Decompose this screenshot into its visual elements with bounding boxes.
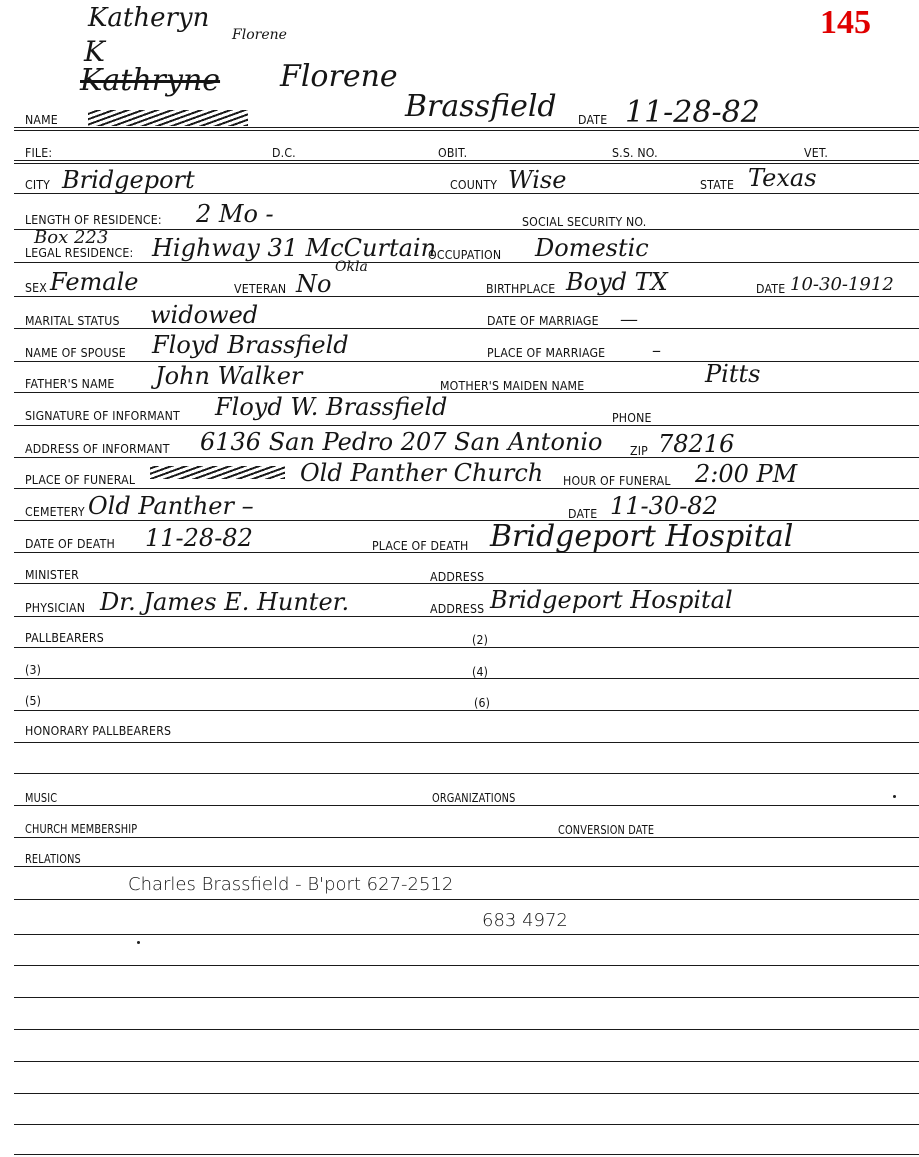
label-place-of-death: PLACE OF DEATH — [372, 538, 469, 553]
speck — [137, 941, 140, 944]
value-physician: Dr. James E. Hunter. — [100, 590, 349, 614]
rule-signature — [14, 425, 919, 426]
label-dc: D.C. — [272, 145, 296, 160]
middle-name: Florene — [280, 62, 398, 92]
label-date: DATE — [578, 112, 607, 127]
label-conversion-date: CONVERSION DATE — [558, 822, 654, 837]
value-place-of-marriage: – — [652, 342, 661, 360]
rule-legal-residence — [14, 262, 919, 263]
label-name: NAME — [25, 112, 58, 127]
label-date-of-death: DATE OF DEATH — [25, 536, 115, 551]
name-initials: K — [84, 38, 105, 66]
rule-minister — [14, 583, 919, 584]
value-physician-address: Bridgeport Hospital — [490, 588, 733, 612]
label-date-of-marriage: DATE OF MARRIAGE — [487, 313, 599, 328]
value-county: Wise — [508, 168, 566, 192]
value-relations-line-1: Charles Brassfield - B'port 627-2512 — [128, 876, 453, 894]
label-name-of-spouse: NAME OF SPOUSE — [25, 345, 126, 360]
rule-relations-2 — [14, 899, 919, 900]
label-pallbearer-6: (6) — [474, 695, 490, 710]
label-place-of-marriage: PLACE OF MARRIAGE — [487, 345, 605, 360]
label-birth-date: DATE — [756, 281, 785, 296]
label-zip: ZIP — [630, 443, 648, 458]
value-marital-status: widowed — [150, 303, 258, 327]
label-length-of-residence: LENGTH OF RESIDENCE: — [25, 212, 162, 227]
rule-music — [14, 805, 919, 806]
value-date: 11-28-82 — [625, 98, 760, 128]
label-occupation: OCCUPATION — [428, 247, 501, 262]
value-state: Texas — [748, 166, 817, 190]
value-date-of-death: 11-28-82 — [145, 526, 253, 550]
value-fathers-name: John Walker — [155, 364, 302, 388]
speck — [893, 795, 896, 798]
label-pallbearers: PALLBEARERS — [25, 630, 104, 645]
scribbled-out-funeral-text — [150, 466, 285, 479]
value-relations-line-2: 683 4972 — [482, 912, 568, 930]
value-name-of-spouse: Floyd Brassfield — [152, 333, 349, 357]
label-pallbearer-2: (2) — [472, 632, 488, 647]
rule-church-membership — [14, 837, 919, 838]
label-address-of-informant: ADDRESS OF INFORMANT — [25, 441, 170, 456]
label-sex: SEX — [25, 280, 47, 295]
rule-honorary-extra — [14, 773, 919, 774]
rule-pallbearers — [14, 647, 919, 648]
label-obit: OBIT. — [438, 145, 467, 160]
rule-date-of-death — [14, 552, 919, 553]
label-minister: MINISTER — [25, 567, 79, 582]
rule-blank-3 — [14, 1029, 919, 1030]
label-vet: VET. — [804, 145, 828, 160]
value-cemetery: Old Panther – — [88, 494, 254, 518]
rule-length-of-residence — [14, 229, 919, 230]
page-number: 145 — [820, 4, 871, 42]
struck-first-name: Kathryne — [80, 66, 220, 96]
rule-relations-3 — [14, 934, 919, 935]
value-date-of-marriage: — — [620, 311, 638, 329]
value-zip: 78216 — [658, 432, 734, 456]
rule-marital-status — [14, 328, 919, 329]
value-veteran: No — [296, 272, 331, 296]
last-name: Brassfield — [405, 92, 557, 122]
rule-sex — [14, 296, 919, 297]
label-fathers-name: FATHER'S NAME — [25, 376, 115, 391]
label-honorary-pallbearers: HONORARY PALLBEARERS — [25, 723, 171, 738]
value-place-of-funeral: Old Panther Church — [300, 461, 543, 485]
rule-blank-6 — [14, 1124, 919, 1125]
value-length-of-residence: 2 Mo - — [196, 202, 274, 226]
rule-address-of-informant — [14, 457, 919, 458]
value-legal-residence-note: Okla — [335, 260, 368, 274]
label-pallbearer-3: (3) — [25, 662, 41, 677]
label-city: CITY — [25, 177, 50, 192]
label-state: STATE — [700, 177, 734, 192]
label-music: MUSIC — [25, 790, 57, 805]
rule-pallbearers-3-4 — [14, 678, 919, 679]
label-veteran: VETERAN — [234, 281, 286, 296]
rule-place-of-funeral — [14, 488, 919, 489]
rule-honorary-pallbearers — [14, 742, 919, 743]
rule-blank-2 — [14, 997, 919, 998]
rule-blank-7 — [14, 1154, 919, 1155]
scribbled-out-text — [88, 110, 248, 126]
label-minister-address: ADDRESS — [430, 569, 484, 584]
rule-city — [14, 193, 919, 194]
value-birthplace: Boyd TX — [566, 270, 668, 294]
rule-physician — [14, 616, 919, 617]
label-ss-no: S.S. NO. — [612, 145, 658, 160]
label-social-security-no: SOCIAL SECURITY NO. — [522, 214, 646, 229]
value-birth-date: 10-30-1912 — [790, 276, 894, 294]
label-county: COUNTY — [450, 177, 497, 192]
label-hour-of-funeral: HOUR OF FUNERAL — [563, 473, 671, 488]
label-birthplace: BIRTHPLACE — [486, 281, 555, 296]
value-sex: Female — [50, 270, 139, 294]
name-annotation-small: Florene — [232, 28, 287, 42]
rule-blank-5 — [14, 1093, 919, 1094]
value-city: Bridgeport — [62, 168, 195, 192]
label-signature-of-informant: SIGNATURE OF INFORMANT — [25, 408, 180, 423]
rule-file — [14, 160, 919, 161]
value-cemetery-date: 11-30-82 — [610, 494, 718, 518]
name-annotation-top: Katheryn — [88, 5, 209, 31]
value-address-of-informant: 6136 San Pedro 207 San Antonio — [200, 430, 602, 454]
value-signature-of-informant: Floyd W. Brassfield — [215, 395, 447, 419]
label-file: FILE: — [25, 145, 52, 160]
value-legal-residence: Highway 31 McCurtain — [152, 236, 436, 260]
label-pallbearer-4: (4) — [472, 664, 488, 679]
label-pallbearer-5: (5) — [25, 693, 41, 708]
label-phone: PHONE — [612, 410, 652, 425]
rule-blank-4 — [14, 1061, 919, 1062]
label-physician: PHYSICIAN — [25, 600, 85, 615]
label-place-of-funeral: PLACE OF FUNERAL — [25, 472, 135, 487]
rule-fathers-name — [14, 392, 919, 393]
rule-pallbearers-5-6 — [14, 710, 919, 711]
value-occupation: Domestic — [535, 236, 649, 260]
rule-relations — [14, 866, 919, 867]
label-organizations: ORGANIZATIONS — [432, 790, 515, 805]
label-physician-address: ADDRESS — [430, 601, 484, 616]
value-hour-of-funeral: 2:00 PM — [695, 462, 797, 486]
rule-name — [14, 127, 919, 128]
value-mothers-maiden-name: Pitts — [705, 362, 760, 386]
label-marital-status: MARITAL STATUS — [25, 313, 120, 328]
label-cemetery: CEMETERY — [25, 504, 85, 519]
label-church-membership: CHURCH MEMBERSHIP — [25, 821, 137, 836]
rule-blank-1 — [14, 965, 919, 966]
rule-name-of-spouse — [14, 361, 919, 362]
label-legal-residence: LEGAL RESIDENCE: — [25, 245, 133, 260]
label-relations: RELATIONS — [25, 851, 81, 866]
label-mothers-maiden-name: MOTHER'S MAIDEN NAME — [440, 378, 584, 393]
value-place-of-death: Bridgeport Hospital — [490, 522, 793, 552]
